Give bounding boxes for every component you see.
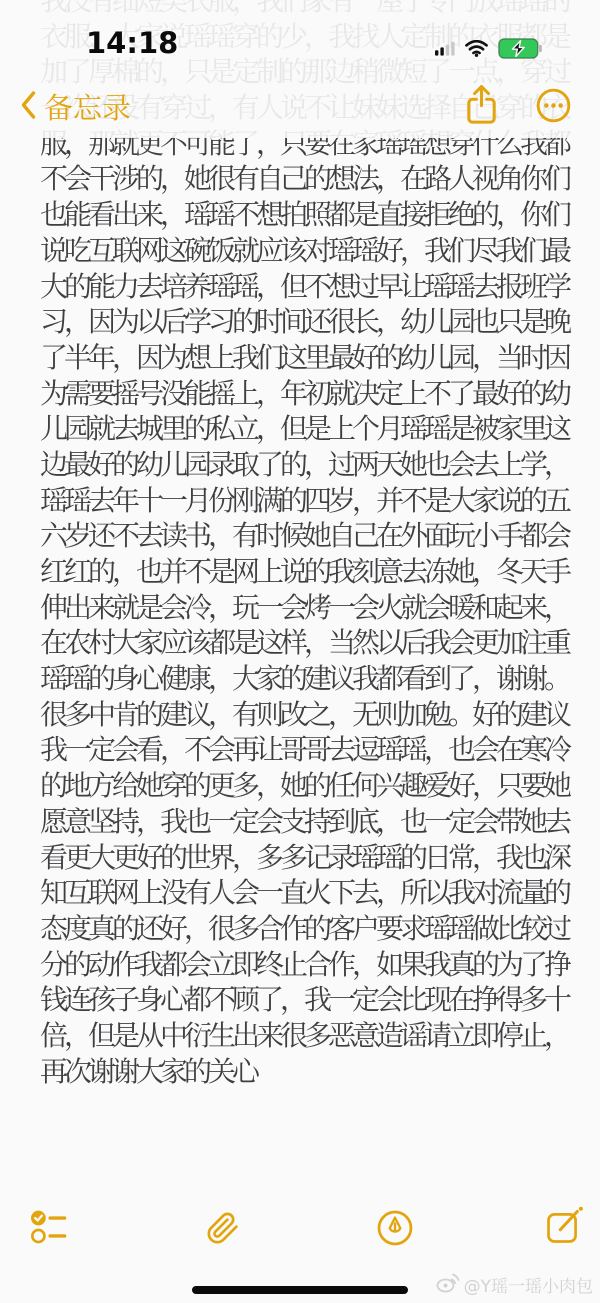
note-line: 愿意坚持，我也一定会支持到底，也一定会带她去 — [40, 804, 562, 840]
clock-time: 14:18 — [86, 26, 178, 60]
note-line: 红红的，也并不是网上说的我刻意去冻她，冬天手 — [40, 554, 562, 590]
share-icon — [465, 111, 498, 130]
note-toolbar — [0, 1205, 600, 1260]
note-line: 儿园就去城里的私立，但是上个月瑶瑶是被家里这 — [40, 411, 562, 447]
note-body[interactable]: 我没有细短类衣服，我们家有一屋子专门放瑶瑶的衣服，大家说瑶瑶穿的少，我找人定制的… — [40, 0, 562, 1089]
note-line: 在农村大家应该都是这样，当然以后我会更加注重 — [40, 625, 562, 661]
markup-pen-icon — [376, 1232, 414, 1251]
note-line: 钱连孩子身心都不顾了，我一定会比现在挣得多十 — [40, 982, 562, 1018]
watermark-text: @Y瑶一瑶小肉包 — [464, 1272, 593, 1297]
note-line: 说吃互联网这碗饭就应该对瑶瑶好，我们尽我们最 — [40, 233, 562, 269]
watermark: @Y瑶一瑶小肉包 — [436, 1272, 593, 1297]
notes-app-screen: 我没有细短类衣服，我们家有一屋子专门放瑶瑶的衣服，大家说瑶瑶穿的少，我找人定制的… — [0, 0, 600, 1303]
more-circle-icon — [535, 109, 572, 128]
attachment-button[interactable] — [206, 1211, 240, 1249]
note-line: 伸出来就是会冷，玩一会烤一会火就会暖和起来， — [40, 590, 562, 626]
back-button-label: 备忘录 — [44, 86, 131, 127]
note-line: 倍，但是从中衍生出来很多恶意造谣请立即停止， — [40, 1018, 562, 1054]
compose-button[interactable] — [545, 1205, 585, 1249]
status-bar: 14:18 — [0, 0, 600, 84]
note-line: 的地方给她穿的更多，她的任何兴趣爱好，只要她 — [40, 768, 562, 804]
note-line: 为需要摇号没能摇上，年初就决定上不了最好的幼 — [40, 376, 562, 412]
compose-icon — [545, 1230, 585, 1249]
note-line: 我一定会看，不会再让哥哥去逗瑶瑶，也会在寒冷 — [40, 732, 562, 768]
markup-button[interactable] — [376, 1209, 414, 1251]
nav-bar: 备忘录 — [0, 84, 600, 136]
checklist-icon — [30, 1230, 68, 1249]
paperclip-icon — [206, 1230, 240, 1249]
note-line: 六岁还不去读书，有时候她自己在外面玩小手都会 — [40, 518, 562, 554]
home-indicator[interactable] — [192, 1286, 408, 1294]
battery-charging-icon — [498, 38, 542, 59]
note-line: 知互联网上没有人会一直火下去，所以我对流量的 — [40, 875, 562, 911]
note-line: 看更大更好的世界，多多记录瑶瑶的日常，我也深 — [40, 840, 562, 876]
checklist-button[interactable] — [30, 1209, 68, 1249]
note-line: 不会干涉的，她很有自己的想法，在路人视角你们 — [40, 161, 562, 197]
weibo-logo-icon — [436, 1272, 460, 1297]
note-line: 态度真的还好，很多合作的客户要求瑶瑶做比较过 — [40, 911, 562, 947]
wifi-icon — [465, 40, 488, 57]
cellular-signal-icon — [435, 41, 455, 56]
back-button[interactable]: 备忘录 — [20, 86, 131, 127]
chevron-left-icon — [20, 90, 36, 124]
note-line: 再次谢谢大家的关心 — [40, 1054, 562, 1090]
note-line: 瑶瑶的身心健康，大家的建议我都看到了，谢谢。 — [40, 661, 562, 697]
note-line: 了半年，因为想上我们这里最好的幼儿园，当时因 — [40, 340, 562, 376]
more-button[interactable] — [535, 87, 572, 128]
note-line: 很多中肯的建议，有则改之，无则加勉。好的建议 — [40, 697, 562, 733]
share-button[interactable] — [465, 84, 498, 130]
note-line: 分的动作我都会立即终止合作，如果我真的为了挣 — [40, 947, 562, 983]
note-line: 边最好的幼儿园录取了的，过两天她也会去上学， — [40, 447, 562, 483]
note-line: 习，因为以后学习的时间还很长，幼儿园也只是晚 — [40, 304, 562, 340]
note-line: 瑶瑶去年十一月份刚满的四岁，并不是大家说的五 — [40, 483, 562, 519]
note-line: 大的能力去培养瑶瑶，但不想过早让瑶瑶去报班学 — [40, 269, 562, 305]
note-line: 也能看出来，瑶瑶不想拍照都是直接拒绝的，你们 — [40, 197, 562, 233]
